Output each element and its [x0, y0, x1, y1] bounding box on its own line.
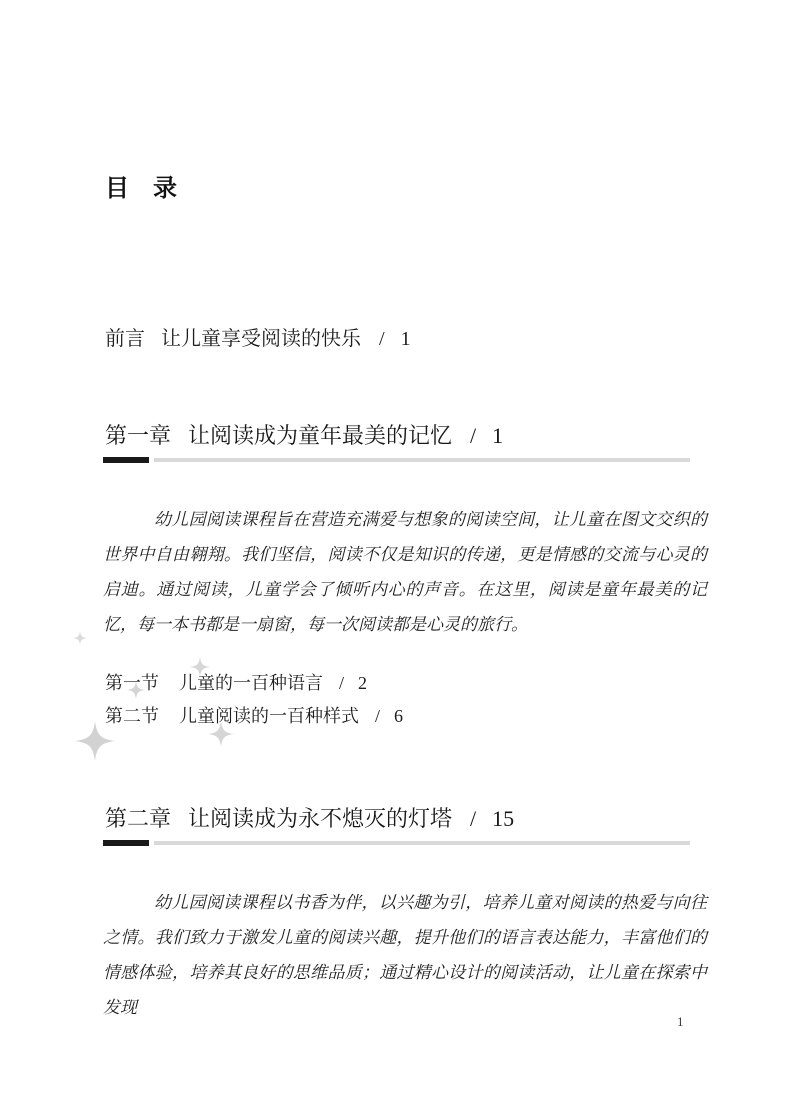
- section-2-separator: /: [375, 706, 380, 726]
- chapter-2-intro: 幼儿园阅读课程以书香为伴，以兴趣为引，培养儿童对阅读的热爱与向往之情。我们致力于…: [103, 885, 707, 1025]
- foreword-title: 让儿童享受阅读的快乐: [161, 328, 361, 350]
- rule-line: [154, 458, 690, 462]
- toc-page: 目 录 前言让儿童享受阅读的快乐/1 第一章让阅读成为童年最美的记忆/1 幼儿园…: [0, 0, 790, 1106]
- rule-line: [154, 841, 690, 845]
- chapter-2-rule: [103, 840, 691, 847]
- section-1-label: 第一节: [105, 673, 159, 693]
- chapter-1-heading: 第一章让阅读成为童年最美的记忆/1: [105, 419, 503, 450]
- chapter-2-separator: /: [470, 806, 476, 831]
- foreword-page-number: 1: [401, 328, 411, 350]
- section-2-title: 儿童阅读的一百种样式: [179, 706, 359, 726]
- section-1-separator: /: [339, 673, 344, 693]
- chapter-1-intro: 幼儿园阅读课程旨在营造充满爱与想象的阅读空间，让儿童在图文交织的世界中自由翱翔。…: [103, 502, 707, 642]
- chapter-1-rule: [103, 457, 691, 464]
- foreword-label: 前言: [105, 328, 145, 350]
- chapter-1-page-number: 1: [492, 423, 503, 448]
- rule-accent-bar: [103, 840, 149, 846]
- section-1-title: 儿童的一百种语言: [179, 673, 323, 693]
- chapter-1-title: 让阅读成为童年最美的记忆: [188, 423, 452, 448]
- rule-accent-bar: [103, 457, 149, 463]
- chapter-2-title: 让阅读成为永不熄灭的灯塔: [188, 806, 452, 831]
- footer-page-number: 1: [677, 1014, 684, 1030]
- chapter-1-separator: /: [470, 423, 476, 448]
- sparkle-icon: [73, 631, 87, 645]
- section-1-page-number: 2: [358, 673, 367, 693]
- chapter-2-label: 第二章: [105, 806, 171, 831]
- page-title: 目 录: [105, 176, 177, 202]
- section-2-label: 第二节: [105, 706, 159, 726]
- foreword-entry: 前言让儿童享受阅读的快乐/1: [105, 322, 411, 351]
- chapter-2-page-number: 15: [492, 806, 514, 831]
- section-2-entry: 第二节儿童阅读的一百种样式/6: [105, 702, 403, 728]
- section-1-entry: 第一节儿童的一百种语言/2: [105, 669, 367, 695]
- chapter-2-heading: 第二章让阅读成为永不熄灭的灯塔/15: [105, 802, 514, 833]
- foreword-separator: /: [379, 328, 385, 350]
- chapter-1-label: 第一章: [105, 423, 171, 448]
- section-2-page-number: 6: [394, 706, 403, 726]
